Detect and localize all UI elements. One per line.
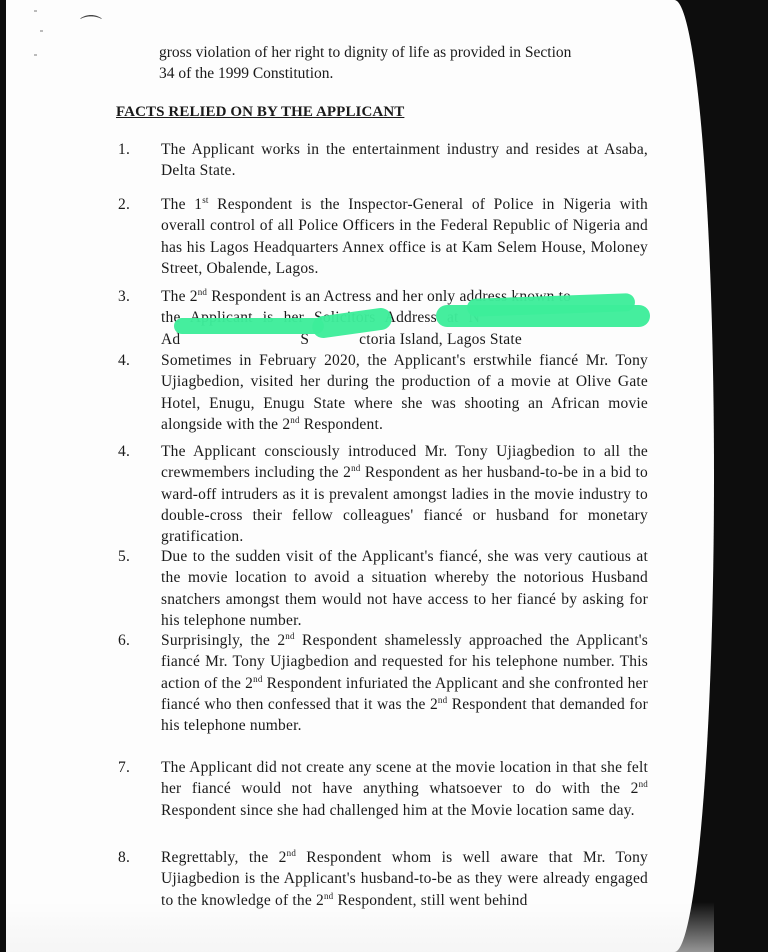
paragraph-2: 2. The 1st Respondent is the Inspector-G…	[118, 194, 648, 279]
page-bottom-shadow	[6, 902, 714, 952]
paragraph-number: 5.	[118, 546, 148, 567]
paragraph-number: 3.	[118, 286, 148, 307]
paragraph-6: 6. Surprisingly, the 2nd Respondent sham…	[118, 630, 648, 736]
scan-dot	[34, 54, 37, 56]
paragraph-text: The Applicant did not create any scene a…	[161, 757, 648, 821]
paragraph-text: The Applicant works in the entertainment…	[161, 139, 648, 182]
intro-line-1: gross violation of her right to dignity …	[159, 42, 649, 63]
scan-dot	[34, 10, 37, 12]
document-page: ⌒ gross violation of her right to dignit…	[6, 0, 714, 952]
paragraph-4b: 4. The Applicant consciously introduced …	[118, 441, 648, 547]
intro-text: gross violation of her right to dignity …	[159, 42, 649, 84]
paragraph-number: 1.	[118, 139, 148, 160]
paragraph-number: 4.	[118, 441, 148, 462]
paragraph-7: 7. The Applicant did not create any scen…	[118, 757, 648, 821]
section-heading: FACTS RELIED ON BY THE APPLICANT	[116, 104, 404, 121]
paragraph-4: 4. Sometimes in February 2020, the Appli…	[118, 350, 648, 435]
paragraph-text: Due to the sudden visit of the Applicant…	[161, 546, 648, 631]
paragraph-text: Surprisingly, the 2nd Respondent shamele…	[161, 630, 648, 736]
paragraph-number: 2.	[118, 194, 148, 215]
paragraph-1: 1. The Applicant works in the entertainm…	[118, 139, 648, 182]
scan-artifact-icon: ⌒	[80, 10, 102, 41]
paragraph-text: The Applicant consciously introduced Mr.…	[161, 441, 648, 547]
paragraph-5: 5. Due to the sudden visit of the Applic…	[118, 546, 648, 631]
intro-line-2: 34 of the 1999 Constitution.	[159, 63, 649, 84]
paragraph-text: The 1st Respondent is the Inspector-Gene…	[161, 194, 648, 279]
paragraph-number: 4.	[118, 350, 148, 371]
paragraph-text: Sometimes in February 2020, the Applican…	[161, 350, 648, 435]
paragraph-number: 7.	[118, 757, 148, 778]
paragraph-number: 6.	[118, 630, 148, 651]
redaction-mark	[174, 318, 324, 334]
paragraph-number: 8.	[118, 847, 148, 868]
redaction-mark	[436, 305, 650, 327]
scan-dot	[40, 30, 43, 32]
